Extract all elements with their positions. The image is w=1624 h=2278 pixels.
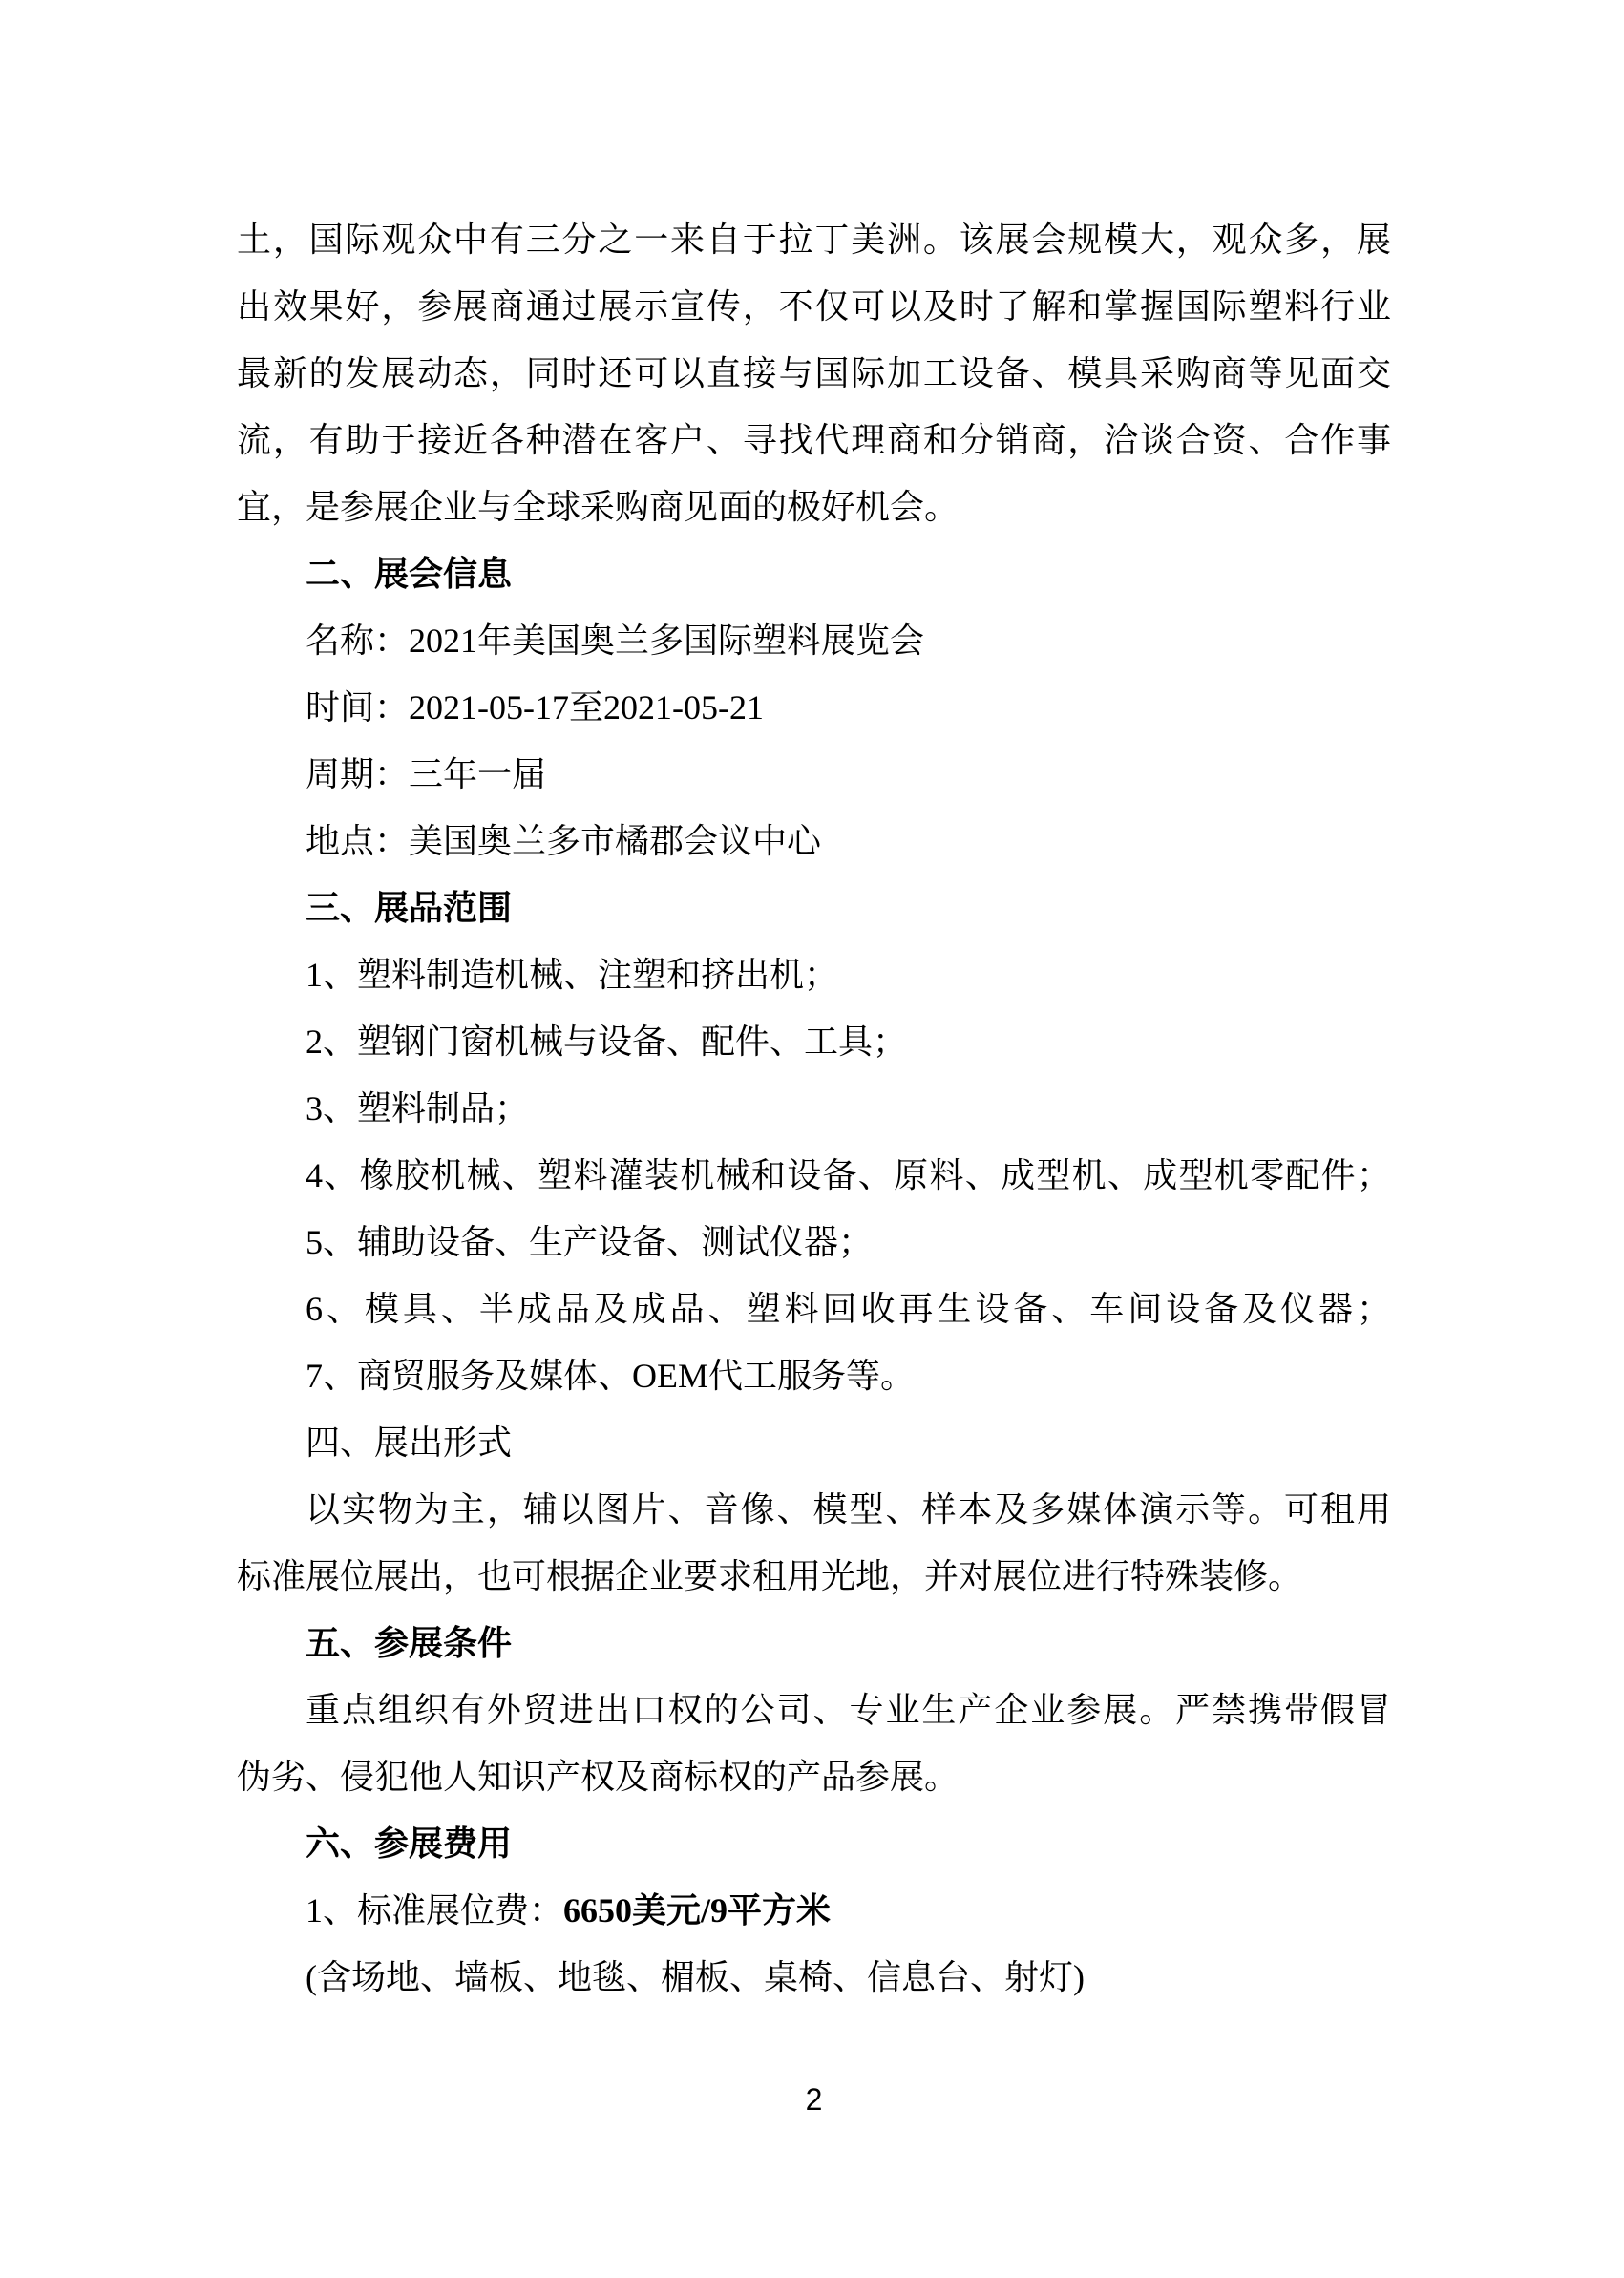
text-line: 2、塑钢门窗机械与设备、配件、工具； [237, 1008, 1391, 1075]
text-line: 5、辅助设备、生产设备、测试仪器； [237, 1209, 1391, 1276]
text-line: 周期：三年一届 [237, 741, 1391, 808]
section-heading: 三、展品范围 [237, 875, 1391, 941]
text-line: 四、展出形式 [237, 1409, 1391, 1476]
fee-amount: 6650美元/9平方米 [563, 1891, 831, 1930]
document-page: 土，国际观众中有三分之一来自于拉丁美洲。该展会规模大，观众多，展出效果好，参展商… [0, 0, 1624, 2278]
section-heading: 五、参展条件 [237, 1610, 1391, 1677]
section-heading: 六、参展费用 [237, 1810, 1391, 1877]
text-line: 地点：美国奥兰多市橘郡会议中心 [237, 808, 1391, 875]
text-line: 3、塑料制品； [237, 1075, 1391, 1142]
text-line: 7、商贸服务及媒体、OEM代工服务等。 [237, 1342, 1391, 1409]
text-line: (含场地、墙板、地毯、楣板、桌椅、信息台、射灯) [237, 1944, 1391, 2011]
page-footer: 2 [237, 2082, 1391, 2118]
text-line: 出效果好，参展商通过展示宣传，不仅可以及时了解和掌握国际塑料行业 [237, 273, 1391, 340]
text-line: 宜，是参展企业与全球采购商见面的极好机会。 [237, 474, 1391, 540]
text-line: 4、橡胶机械、塑料灌装机械和设备、原料、成型机、成型机零配件； [237, 1142, 1391, 1209]
text-line: 以实物为主，辅以图片、音像、模型、样本及多媒体演示等。可租用 [237, 1476, 1391, 1543]
document-body: 土，国际观众中有三分之一来自于拉丁美洲。该展会规模大，观众多，展出效果好，参展商… [237, 206, 1391, 2011]
text-line: 标准展位展出，也可根据企业要求租用光地，并对展位进行特殊装修。 [237, 1543, 1391, 1610]
text-line: 1、塑料制造机械、注塑和挤出机； [237, 941, 1391, 1008]
text-line: 最新的发展动态，同时还可以直接与国际加工设备、模具采购商等见面交 [237, 340, 1391, 407]
page-number: 2 [806, 2082, 823, 2117]
text-line: 6、模具、半成品及成品、塑料回收再生设备、车间设备及仪器； [237, 1276, 1391, 1342]
text-line: 1、标准展位费：6650美元/9平方米 [237, 1877, 1391, 1944]
text-line: 流，有助于接近各种潜在客户、寻找代理商和分销商，洽谈合资、合作事 [237, 407, 1391, 474]
text-line: 时间：2021-05-17至2021-05-21 [237, 674, 1391, 741]
fee-label: 1、标准展位费： [306, 1891, 563, 1930]
section-heading: 二、展会信息 [237, 540, 1391, 607]
text-line: 名称：2021年美国奥兰多国际塑料展览会 [237, 607, 1391, 674]
text-line: 土，国际观众中有三分之一来自于拉丁美洲。该展会规模大，观众多，展 [237, 206, 1391, 273]
text-line: 伪劣、侵犯他人知识产权及商标权的产品参展。 [237, 1743, 1391, 1810]
text-line: 重点组织有外贸进出口权的公司、专业生产企业参展。严禁携带假冒 [237, 1677, 1391, 1743]
